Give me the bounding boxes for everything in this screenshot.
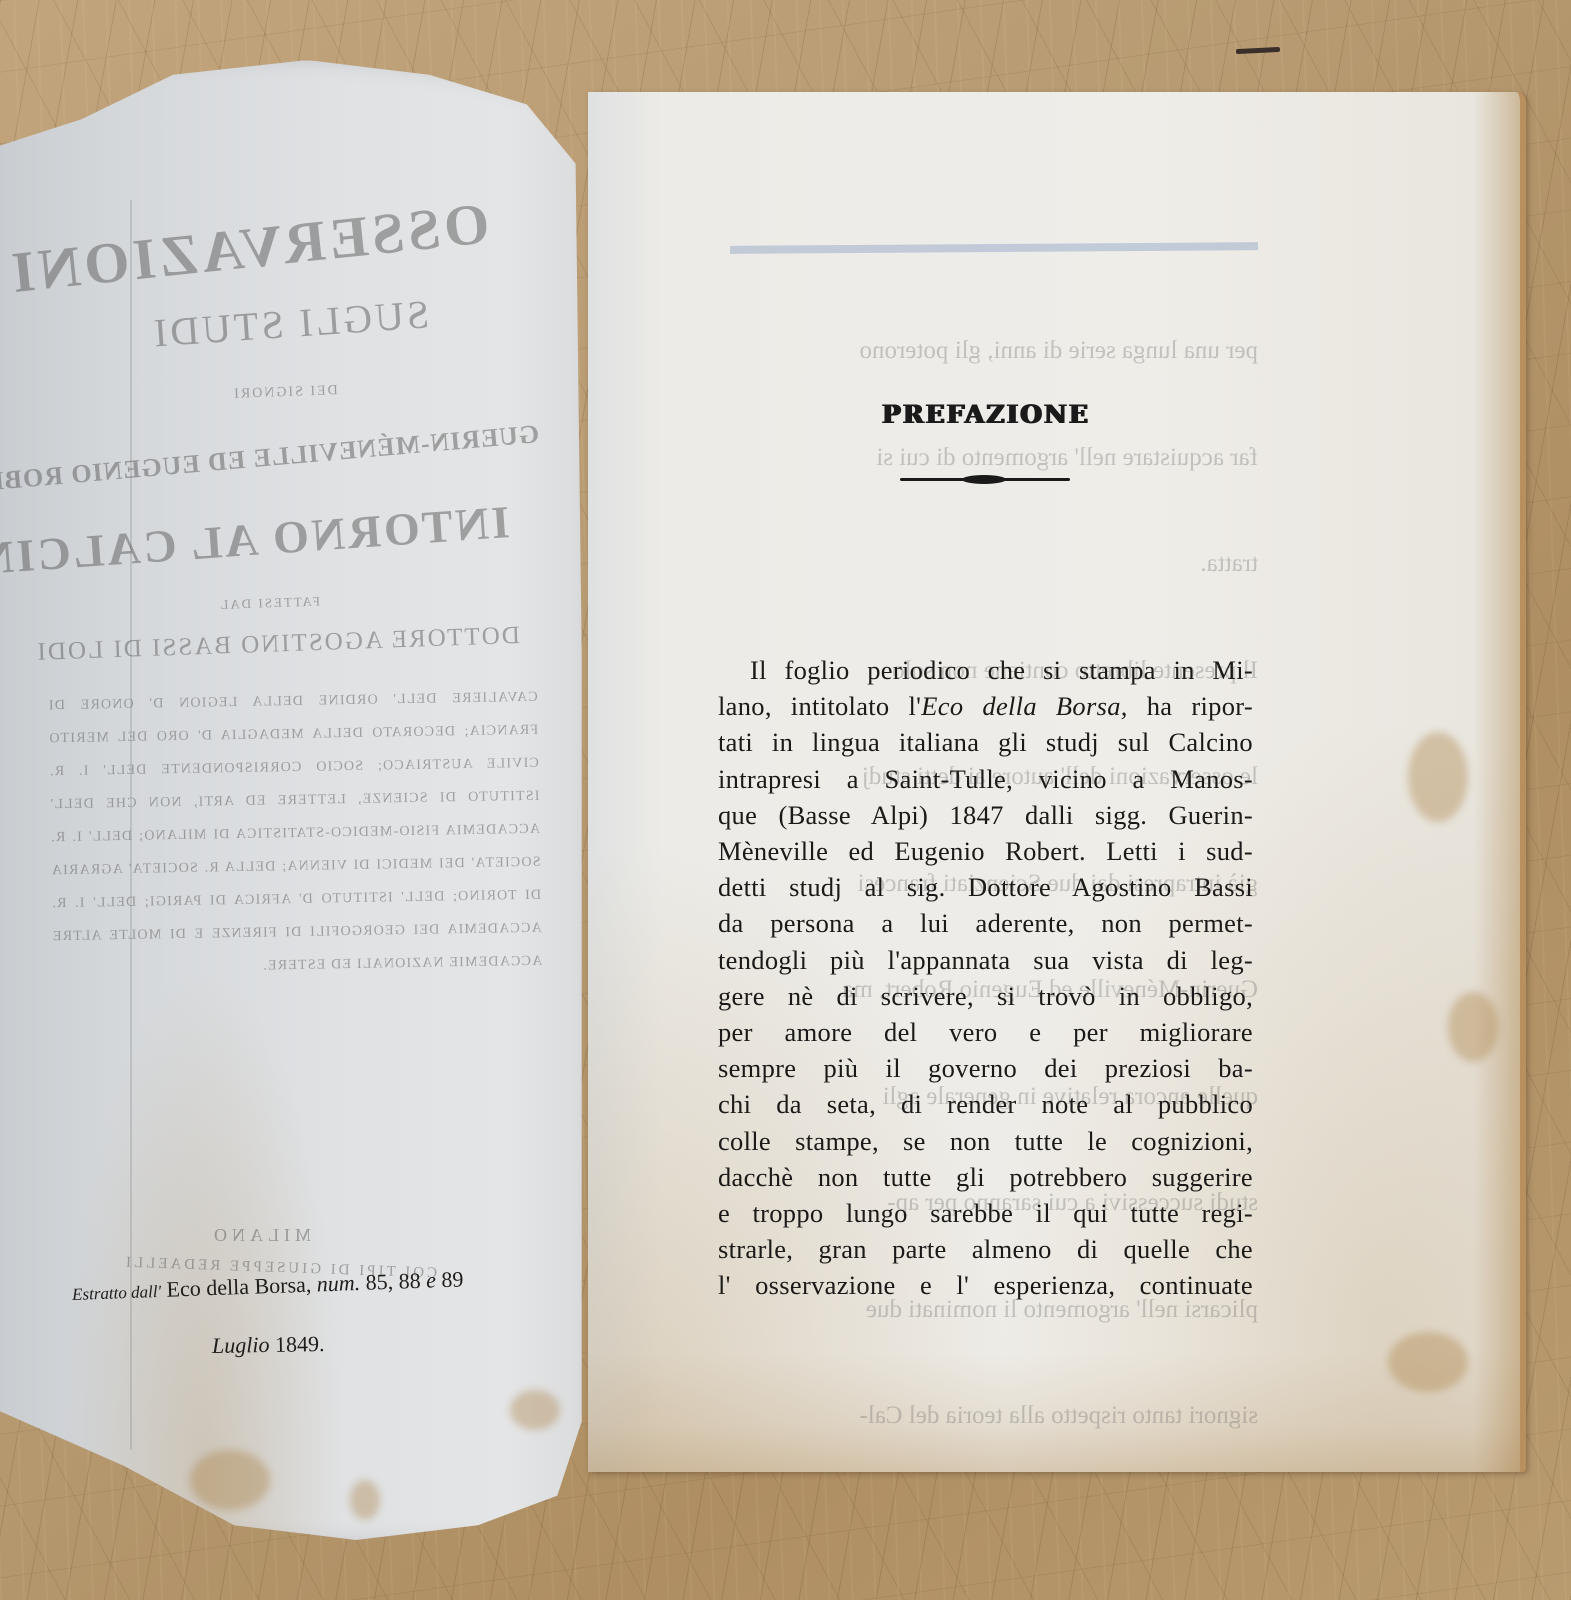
text-line: da persona a lui aderente, non permet- [718, 905, 1253, 941]
left-page-curled: OSSERVAZIONI SUGLI STUDI DEI SIGNORI GUE… [0, 60, 600, 1540]
show-through-honors: CAVALIERE DELL' ORDINE DELLA LEGION D' O… [47, 681, 542, 987]
imprint-date: Luglio 1849. [212, 1331, 325, 1359]
blue-paper-strip [730, 242, 1258, 254]
text-line: l' osservazione e l' esperienza, continu… [718, 1267, 1253, 1303]
right-page: per una lunga serie di anni, gli poteron… [588, 92, 1526, 1472]
text-line: e troppo lungo sarebbe il qui tutte regi… [718, 1195, 1253, 1231]
text-line: Mèneville ed Eugenio Robert. Letti i sud… [718, 833, 1253, 869]
journal-title: Eco della Borsa, [921, 691, 1127, 721]
foxing-spot [1448, 992, 1498, 1062]
preface-body-text: Il foglio periodico che si stampa in Mi-… [718, 652, 1253, 1304]
text-fragment: ha ripor- [1128, 691, 1253, 721]
text-line: dacchè non tutte gli potrebbero suggerir… [718, 1159, 1253, 1195]
show-through-subtitle: SUGLI STUDI [139, 290, 442, 358]
text-line: tendogli più l'appannata sua vista di le… [718, 942, 1253, 978]
imprint-last-number: 89 [441, 1266, 464, 1292]
text-line: que (Basse Alpi) 1847 dalli sigg. Guerin… [718, 797, 1253, 833]
photo-scene: per una lunga serie di anni, gli poteron… [0, 0, 1571, 1600]
foxing-spot [510, 1390, 560, 1430]
text-line: sempre più il governo dei preziosi ba- [718, 1050, 1253, 1086]
ornamental-rule [900, 478, 1070, 481]
text-line: colle stampe, se non tutte le cognizioni… [718, 1123, 1253, 1159]
text-line: Il foglio periodico che si stampa in Mi- [718, 652, 1253, 688]
text-line: gere nè di scrivere, si trovò in obbligo… [718, 978, 1253, 1014]
foxing-spot [1388, 1332, 1468, 1392]
show-through-small: FATTESI DAL [230, 593, 321, 612]
show-through-title: OSSERVAZIONI [88, 189, 493, 297]
show-through-small: DEI SIGNORI [220, 383, 350, 404]
imprint-month: Luglio [212, 1332, 270, 1358]
foxing-spot [350, 1480, 380, 1520]
text-line: per amore del vero e per migliorare [718, 1014, 1253, 1050]
imprint-and: e [426, 1267, 437, 1292]
show-through-author: DOTTORE AGOSTINO BASSI DI LODI [60, 622, 521, 666]
text-line: detti studj al sig. Dottore Agostino Bas… [718, 869, 1253, 905]
text-line: chi da seta, di render note al pubblico [718, 1086, 1253, 1122]
text-line: lano, intitolato l'Eco della Borsa, ha r… [718, 688, 1253, 724]
page-heading: PREFAZIONE [836, 400, 1136, 429]
imprint-prefix: Estratto dall' [72, 1282, 162, 1304]
imprint-numbers: 85, 88 [365, 1268, 421, 1295]
foxing-spot [1408, 732, 1468, 822]
text-fragment: lano, intitolato l' [718, 691, 921, 721]
imprint-journal: Eco della Borsa [166, 1272, 306, 1302]
text-line: strarle, gran parte almeno di quelle che [718, 1231, 1253, 1267]
foxing-spot [190, 1450, 270, 1510]
text-line: intrapresi a Saint-Tulle, vicino a Manos… [718, 761, 1253, 797]
text-line: tati in lingua italiana gli studj sul Ca… [718, 724, 1253, 760]
show-through-city: MILANO [190, 1225, 330, 1246]
show-through-topic: INTORNO AL CALCINO [79, 495, 512, 578]
imprint-year: 1849. [275, 1331, 325, 1357]
imprint-num-label: num. [316, 1270, 360, 1296]
